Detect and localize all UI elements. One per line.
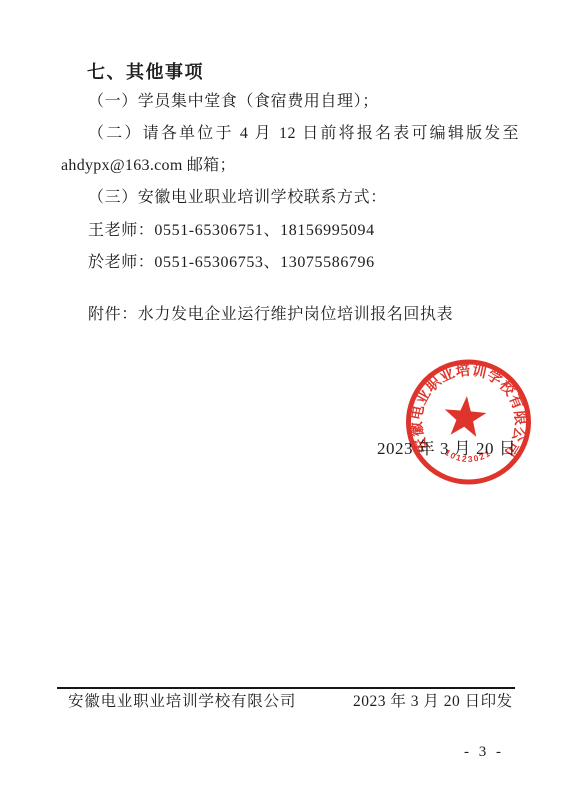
- footer-issuer: 安徽电业职业培训学校有限公司: [68, 694, 296, 710]
- list-item-1: （一）学员集中堂食（食宿费用自理）；: [88, 94, 379, 110]
- footer-print-date: 2023 年 3 月 20 日印发: [353, 694, 513, 710]
- company-seal-graphic: 安徽电业职业培训学校有限公司 101230218868: [402, 356, 536, 490]
- list-item-2-line-1: （二）请各单位于 4 月 12 日前将报名表可编辑版发至: [88, 126, 519, 142]
- page-number: - 3 -: [464, 745, 504, 760]
- footer-divider: [57, 687, 515, 689]
- seal-star-icon: [443, 394, 488, 437]
- attachment-line: 附件：水力发电企业运行维护岗位培训报名回执表: [88, 307, 453, 323]
- section-heading: 七、其他事项: [87, 63, 204, 81]
- contact-wang: 王老师：0551-65306751、18156995094: [88, 223, 375, 239]
- list-item-3: （三）安徽电业职业培训学校联系方式：: [88, 190, 387, 206]
- contact-yu: 於老师：0551-65306753、13075586796: [88, 255, 375, 271]
- list-item-2-line-2-email: ahdypx@163.com 邮箱；: [61, 158, 236, 174]
- document-page: 七、其他事项 （一）学员集中堂食（食宿费用自理）； （二）请各单位于 4 月 1…: [0, 0, 581, 800]
- company-seal: 安徽电业职业培训学校有限公司 101230218868: [402, 356, 536, 490]
